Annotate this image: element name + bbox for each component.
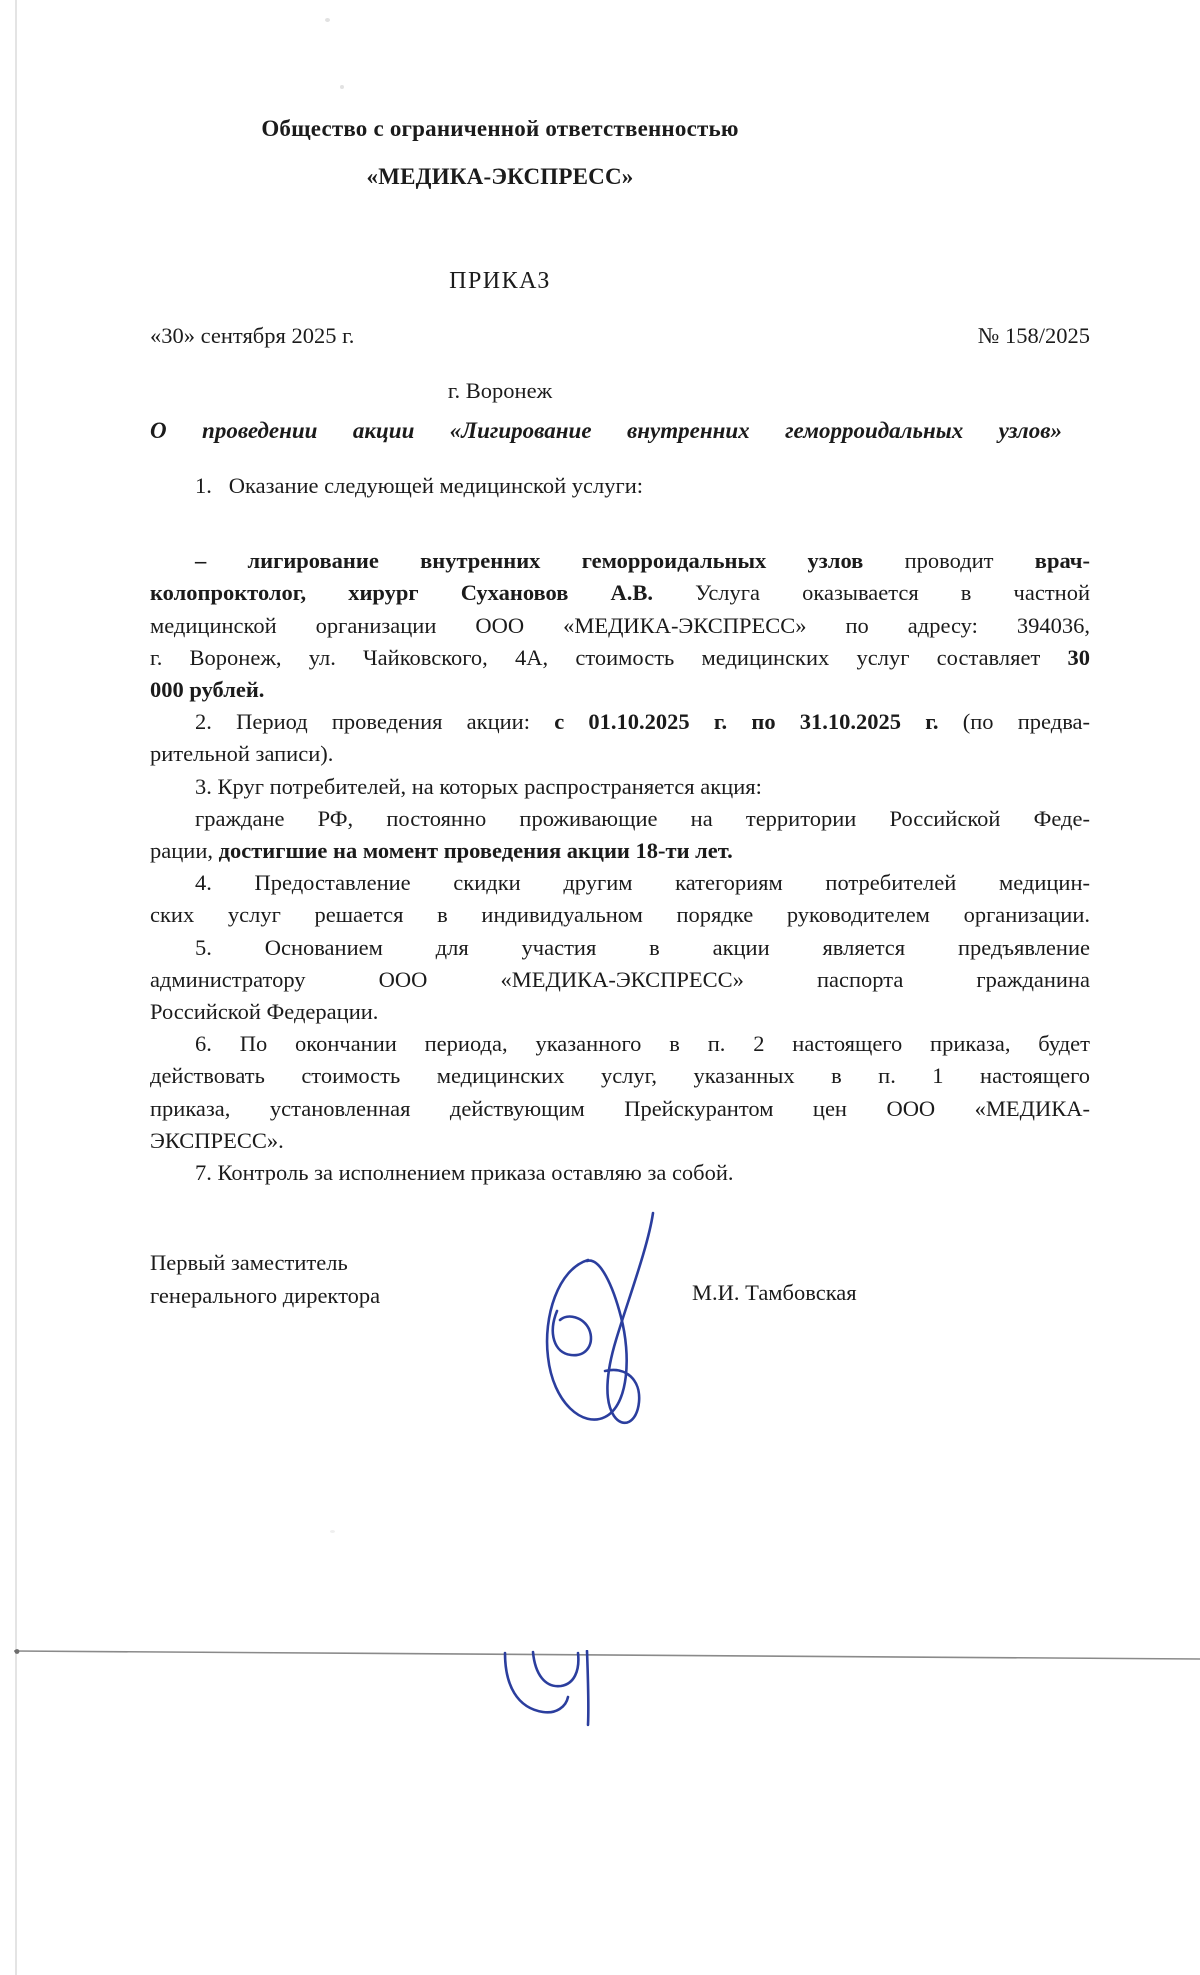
scan-speck [340, 85, 344, 89]
document-city: г. Воронеж [150, 378, 850, 404]
signer-name: М.И. Тамбовская [692, 1280, 857, 1306]
body-line: 7. Контроль за исполнением приказа остав… [150, 1157, 1090, 1189]
document-type-title: ПРИКАЗ [150, 268, 850, 295]
body-text-bold: достигшие на момент проведения акции 18-… [219, 838, 733, 863]
body-line: действовать стоимость медицинских услуг,… [150, 1060, 1090, 1092]
scanned-order-document: Общество с ограниченной ответственностью… [0, 0, 1200, 1975]
body-text: граждане РФ, постоянно проживающие на те… [195, 806, 1090, 831]
body-text: проводит [905, 548, 1035, 573]
body-line: колопроктолог, хирург Сухановов А.В. Усл… [150, 577, 1090, 609]
document-number: № 158/2025 [978, 323, 1090, 349]
body-text: 3. Круг потребителей, на которых распрос… [195, 774, 762, 799]
body-text: Российской Федерации. [150, 999, 378, 1024]
scan-speck [325, 18, 330, 22]
body-text-bold: 000 рублей. [150, 677, 264, 702]
body-text-bold: 30 [1068, 645, 1091, 670]
body-line: 000 рублей. [150, 674, 1090, 706]
body-text-bold: врач- [1035, 548, 1090, 573]
body-text: рительной записи). [150, 741, 333, 766]
org-name-line2: «МЕДИКА-ЭКСПРЕСС» [150, 164, 850, 190]
body-line: Российской Федерации. [150, 996, 1090, 1028]
body-text: (по предва- [939, 709, 1090, 734]
body-line: 4. Предоставление скидки другим категори… [150, 867, 1090, 899]
body-lines: 1. Оказание следующей медицинской услуги… [150, 470, 1090, 1189]
signer-position: Первый заместитель генерального директор… [150, 1246, 380, 1312]
document-subject: О проведении акции «Лигирование внутренн… [150, 418, 1062, 444]
body-text: приказа, установленная действующим Прейс… [150, 1096, 1090, 1121]
body-line: медицинской организации ООО «МЕДИКА-ЭКСП… [150, 610, 1090, 642]
scan-edge-line [15, 0, 17, 1975]
body-text: 5. Основанием для участия в акции являет… [195, 935, 1090, 960]
body-text: медицинской организации ООО «МЕДИКА-ЭКСП… [150, 613, 1090, 638]
body-text: 4. Предоставление скидки другим категори… [195, 870, 1090, 895]
signer-position-line2: генерального директора [150, 1279, 380, 1312]
body-line: ЭКСПРЕСС». [150, 1125, 1090, 1157]
body-text: 6. По окончании периода, указанного в п.… [195, 1031, 1090, 1056]
date-number-row: «30» сентября 2025 г. № 158/2025 [150, 323, 1090, 349]
body-text: рации, [150, 838, 219, 863]
body-line: граждане РФ, постоянно проживающие на те… [150, 803, 1090, 835]
scan-speck [330, 1530, 335, 1533]
body-line: – лигирование внутренних геморроидальных… [150, 545, 1090, 577]
body-line: администратору ООО «МЕДИКА-ЭКСПРЕСС» пас… [150, 964, 1090, 996]
body-line: 3. Круг потребителей, на которых распрос… [150, 771, 1090, 803]
body-line: приказа, установленная действующим Прейс… [150, 1093, 1090, 1125]
body-text-bold: колопроктолог, хирург Сухановов А.В. [150, 580, 695, 605]
body-line: 1. Оказание следующей медицинской услуги… [150, 470, 1090, 502]
body-line: 2. Период проведения акции: с 01.10.2025… [150, 706, 1090, 738]
org-name-line1: Общество с ограниченной ответственностью [150, 116, 850, 142]
signer-position-line1: Первый заместитель [150, 1246, 380, 1279]
body-text-bold: с 01.10.2025 г. по 31.10.2025 г. [554, 709, 938, 734]
body-line: 6. По окончании периода, указанного в п.… [150, 1028, 1090, 1060]
partial-signature-ink [495, 1650, 615, 1735]
body-line: рации, достигшие на момент проведения ак… [150, 835, 1090, 867]
body-line: рительной записи). [150, 738, 1090, 770]
body-text: 2. Период проведения акции: [195, 709, 554, 734]
body-line: г. Воронеж, ул. Чайковского, 4А, стоимос… [150, 642, 1090, 674]
body-line: ских услуг решается в индивидуальном пор… [150, 899, 1090, 931]
body-text-bold: – лигирование внутренних геморроидальных… [195, 548, 905, 573]
body-text: ских услуг решается в индивидуальном пор… [150, 902, 1090, 927]
body-text: Услуга оказывается в частной [695, 580, 1090, 605]
body-text: 1. Оказание следующей медицинской услуги… [195, 473, 643, 498]
body-line: 5. Основанием для участия в акции являет… [150, 932, 1090, 964]
body-text: г. Воронеж, ул. Чайковского, 4А, стоимос… [150, 645, 1068, 670]
signature-ink [520, 1205, 680, 1440]
body-text: 7. Контроль за исполнением приказа остав… [195, 1160, 734, 1185]
body-text: администратору ООО «МЕДИКА-ЭКСПРЕСС» пас… [150, 967, 1090, 992]
body-text: действовать стоимость медицинских услуг,… [150, 1063, 1090, 1088]
document-date: «30» сентября 2025 г. [150, 323, 354, 349]
body-text: ЭКСПРЕСС». [150, 1128, 284, 1153]
